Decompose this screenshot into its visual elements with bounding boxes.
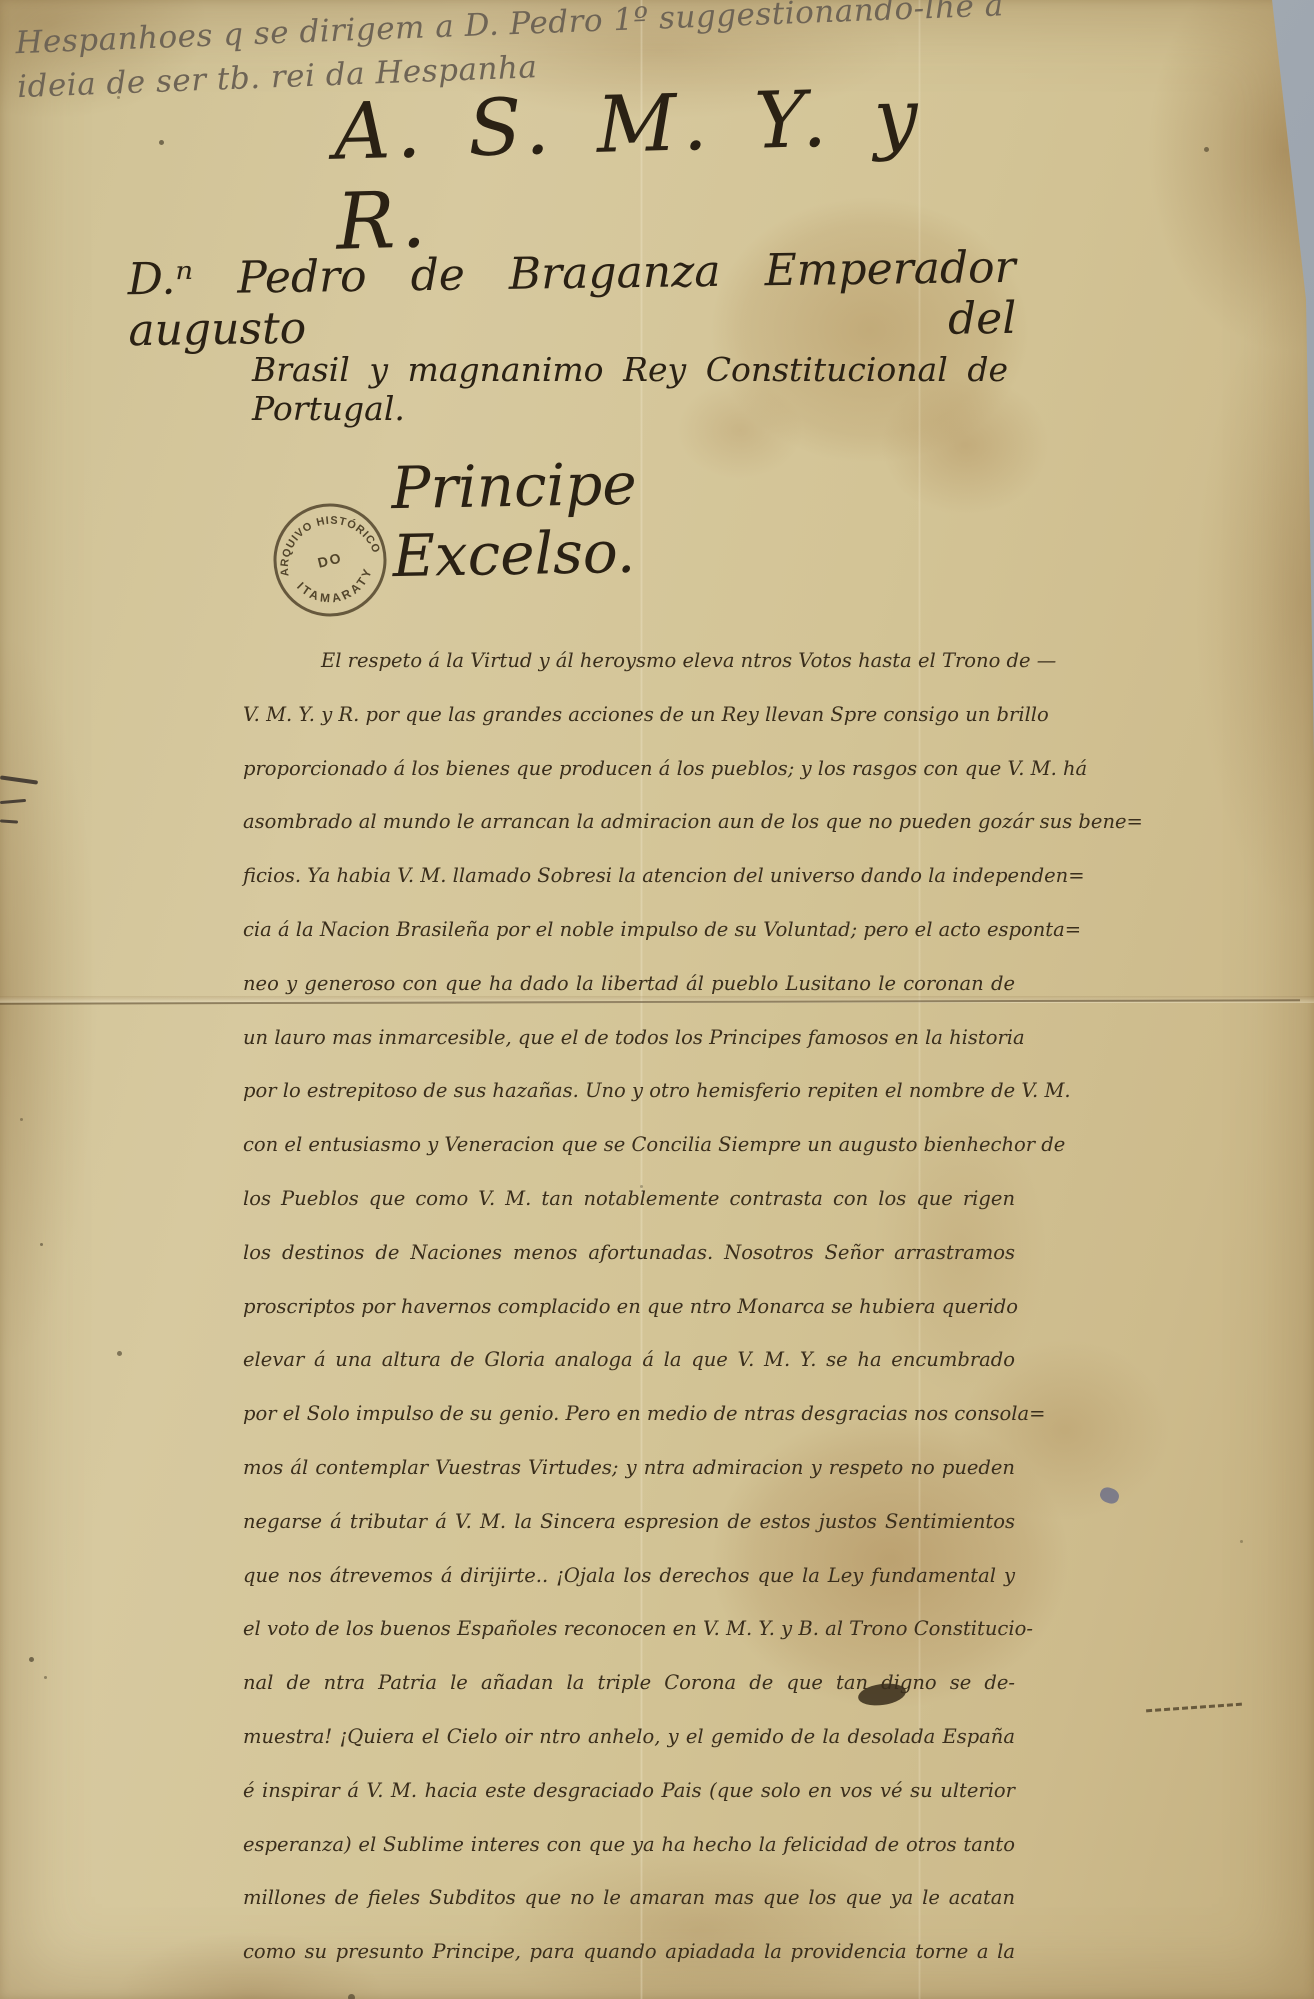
- manuscript-scan: Hespanhoes q se dirigem a D. Pedro 1º su…: [0, 0, 1314, 1999]
- blue-ink-smudge: [1098, 1485, 1121, 1506]
- body-line: é inspirar á V. M. hacia este desgraciad…: [243, 1764, 1015, 1818]
- body-line: como su presunto Principe, para quando a…: [243, 1925, 1015, 1979]
- tear-mark: [0, 775, 38, 784]
- body-line: con el entusiasmo y Veneracion que se Co…: [243, 1118, 1015, 1172]
- body-line: el voto de los buenos Españoles reconoce…: [243, 1602, 1015, 1656]
- body-line: un lauro mas inmarcesible, que el de tod…: [243, 1011, 1015, 1065]
- body-line: mos ál contemplar Vuestras Virtudes; y n…: [243, 1441, 1015, 1495]
- letter-body: El respeto á la Virtud y ál heroysmo ele…: [243, 634, 1015, 1979]
- svg-text:ITAMARATY: ITAMARATY: [292, 562, 381, 614]
- body-line: asombrado al mundo le arrancan la admira…: [243, 795, 1015, 849]
- dash-scribble: [1146, 1703, 1242, 1713]
- archive-stamp: - ARQUIVO HISTÓRICO - DO ITAMARATY: [252, 482, 407, 637]
- body-line: cia á la Nacion Brasileña por el noble i…: [243, 903, 1015, 957]
- body-line: elevar á una altura de Gloria analoga á …: [243, 1333, 1015, 1387]
- salutation: Principe Excelso.: [391, 446, 863, 590]
- stamp-bottom-text: ITAMARATY: [292, 562, 381, 614]
- body-line: V. M. Y. y R. por que las grandes accion…: [243, 688, 1015, 742]
- tear-mark: [0, 799, 26, 804]
- paper-sheet: Hespanhoes q se dirigem a D. Pedro 1º su…: [0, 0, 1314, 1999]
- body-line: neo y generoso con que ha dado la libert…: [243, 957, 1015, 1011]
- body-line: los destinos de Naciones menos afortunad…: [243, 1226, 1015, 1280]
- body-line: por el Solo impulso de su genio. Pero en…: [243, 1387, 1015, 1441]
- body-line: proscriptos por havernos complacido en q…: [243, 1280, 1015, 1334]
- body-line: millones de fieles Subditos que no le am…: [243, 1871, 1015, 1925]
- address-line-1: D.ⁿ Pedro de Braganza Emperador augusto …: [127, 242, 1016, 356]
- body-line: esperanza) el Sublime interes con que ya…: [243, 1818, 1015, 1872]
- royal-monogram-heading: A. S. M. Y. y R.: [333, 72, 928, 267]
- stamp-center-text: DO: [316, 549, 344, 571]
- body-line: por lo estrepitoso de sus hazañas. Uno y…: [243, 1064, 1015, 1118]
- tear-mark: [0, 819, 18, 823]
- body-line: negarse á tributar á V. M. la Sincera es…: [243, 1495, 1015, 1549]
- body-line: nal de ntra Patria le añadan la triple C…: [243, 1656, 1015, 1710]
- body-line: que nos átrevemos á dirijirte.. ¡Ojala l…: [243, 1549, 1015, 1603]
- body-line: ficios. Ya habia V. M. llamado Sobresi l…: [243, 849, 1015, 903]
- body-line: El respeto á la Virtud y ál heroysmo ele…: [243, 634, 1015, 688]
- ink-specks: [0, 0, 3, 3]
- address-line-2: Brasil y magnanimo Rey Constitucional de…: [252, 350, 1008, 428]
- body-line: muestra! ¡Quiera el Cielo oir ntro anhel…: [243, 1710, 1015, 1764]
- body-line: proporcionado á los bienes que producen …: [243, 742, 1015, 796]
- archive-stamp-svg: - ARQUIVO HISTÓRICO - DO ITAMARATY: [252, 482, 407, 637]
- body-line: los Pueblos que como V. M. tan notableme…: [243, 1172, 1015, 1226]
